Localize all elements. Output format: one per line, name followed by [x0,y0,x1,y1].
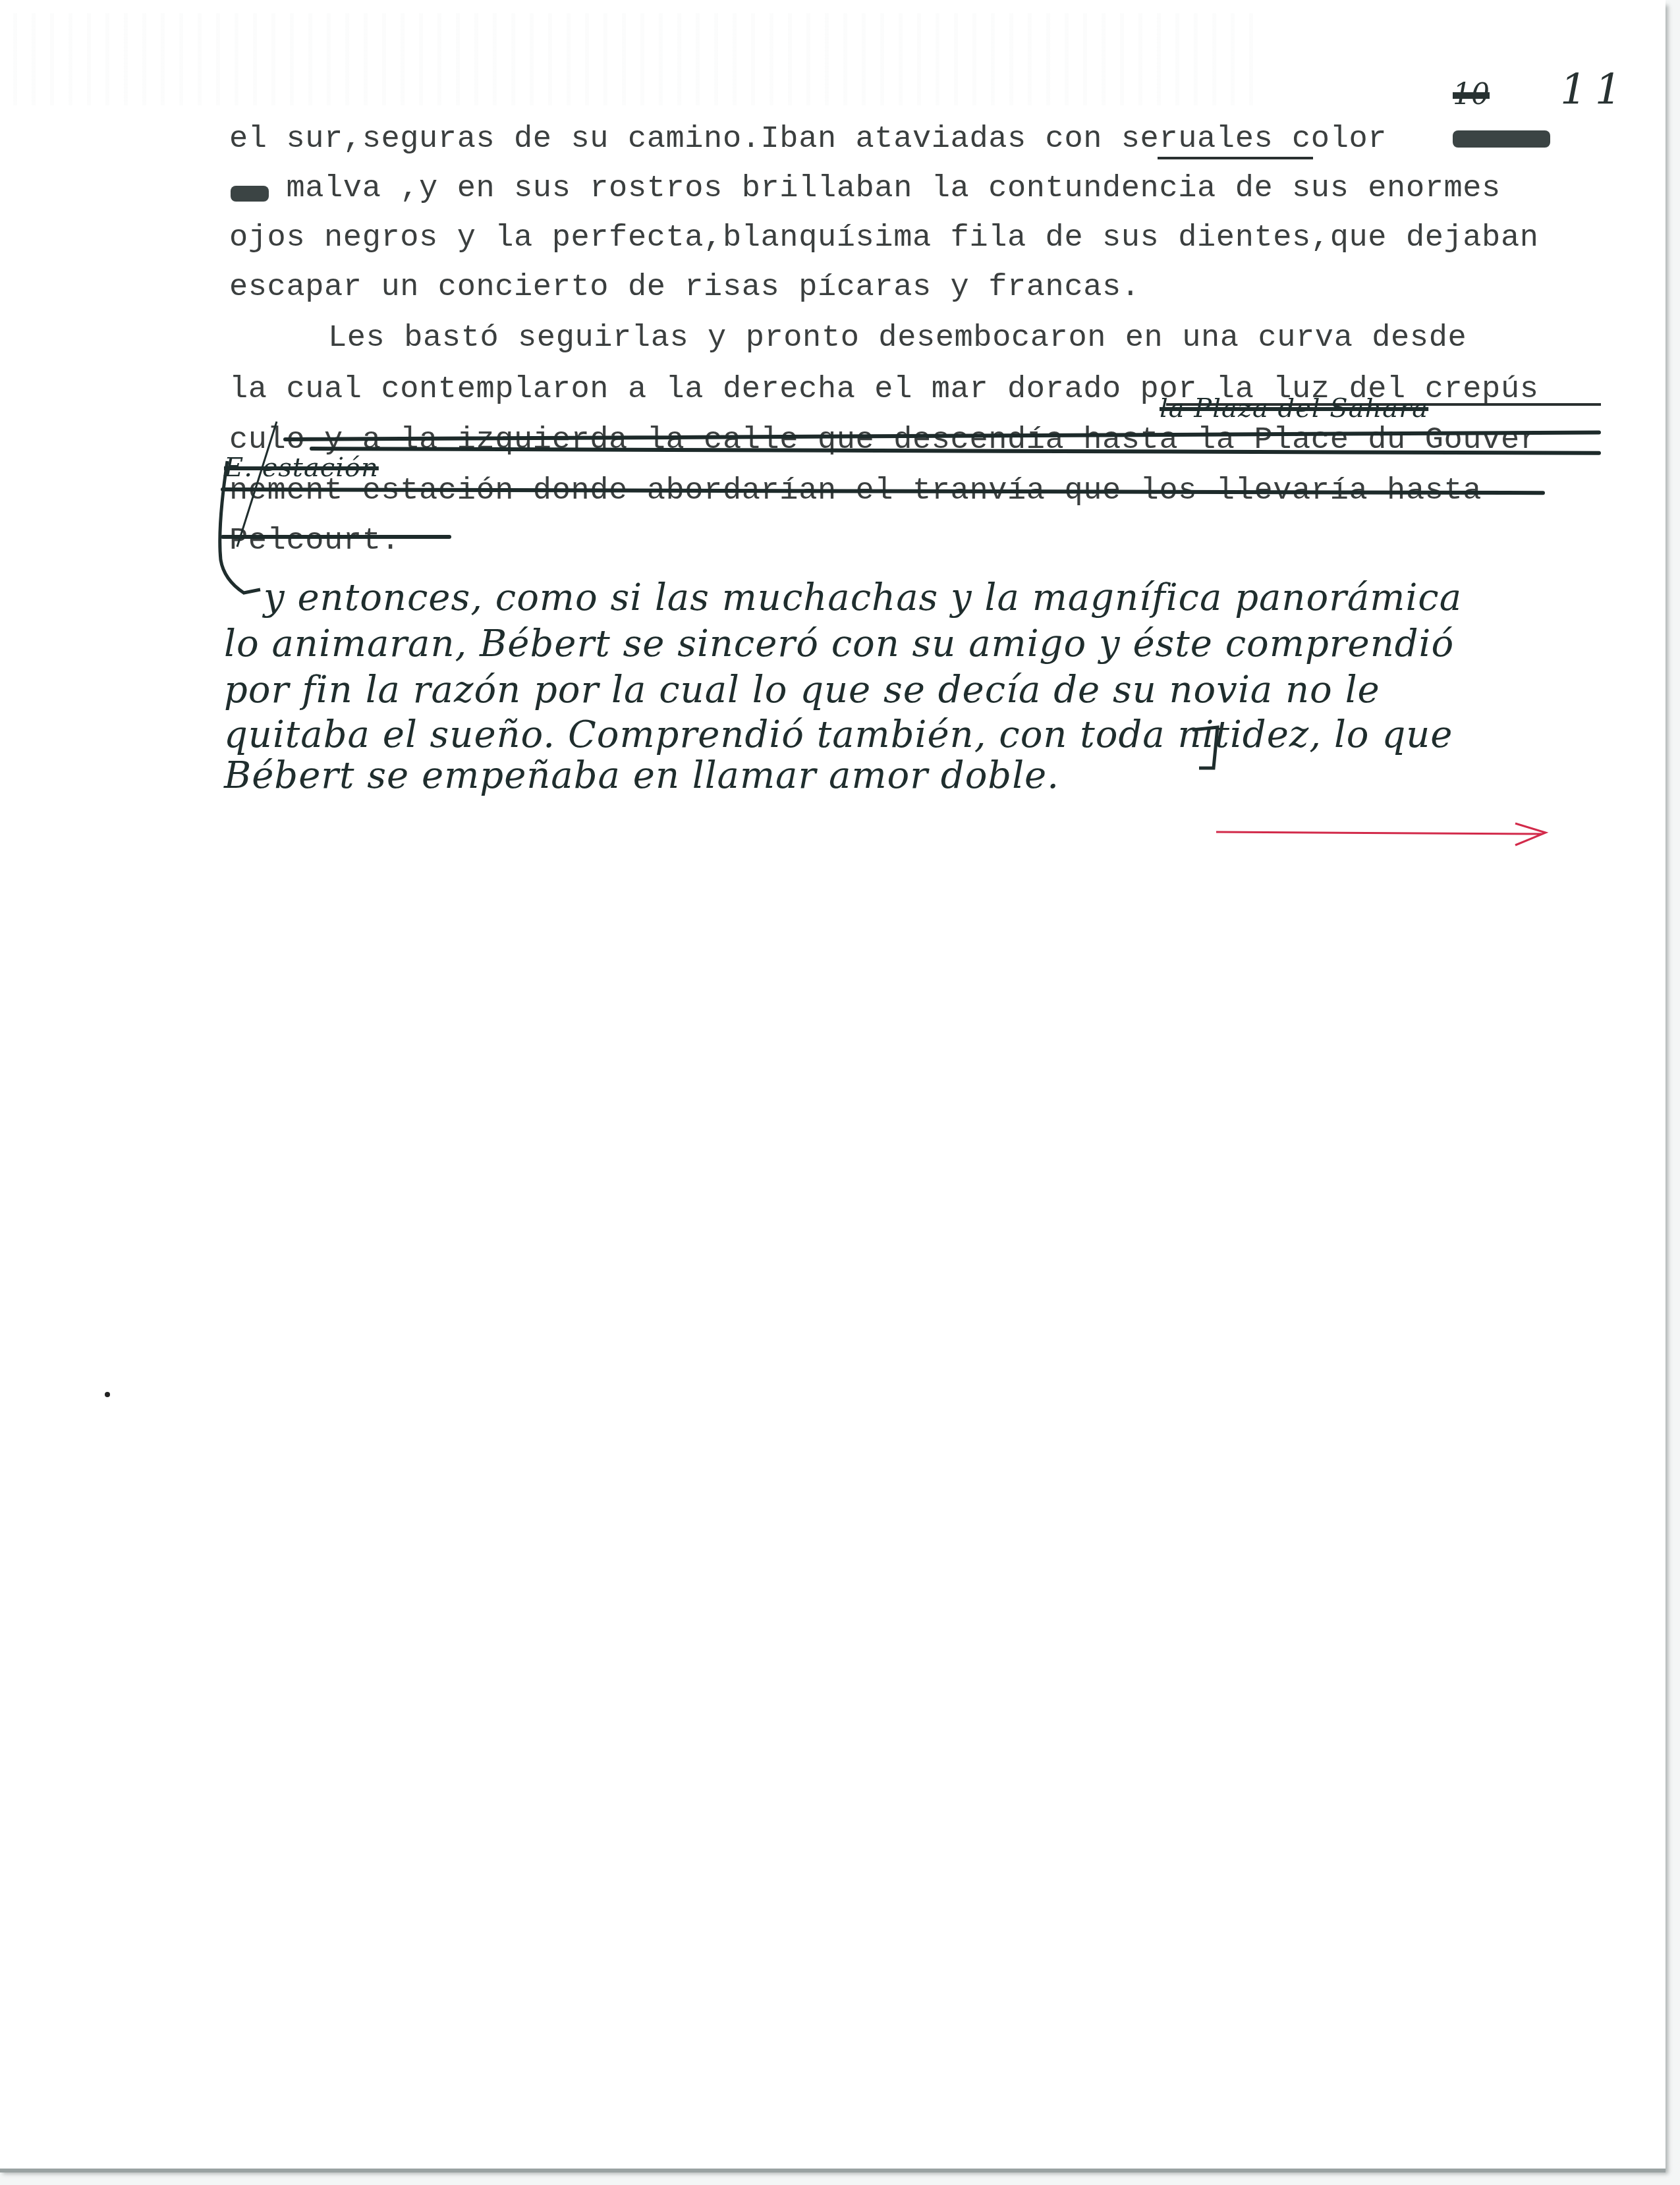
line-divider-icon [237,422,277,547]
end-bracket-icon [1192,727,1218,768]
manuscript-page: 10 11 el sur,seguras de su camino.Iban a… [0,0,1666,2169]
continue-arrow-icon [1216,823,1546,845]
editorial-marks [0,0,1680,2185]
stray-dot [105,1392,110,1397]
insertion-hook-icon [220,461,260,593]
